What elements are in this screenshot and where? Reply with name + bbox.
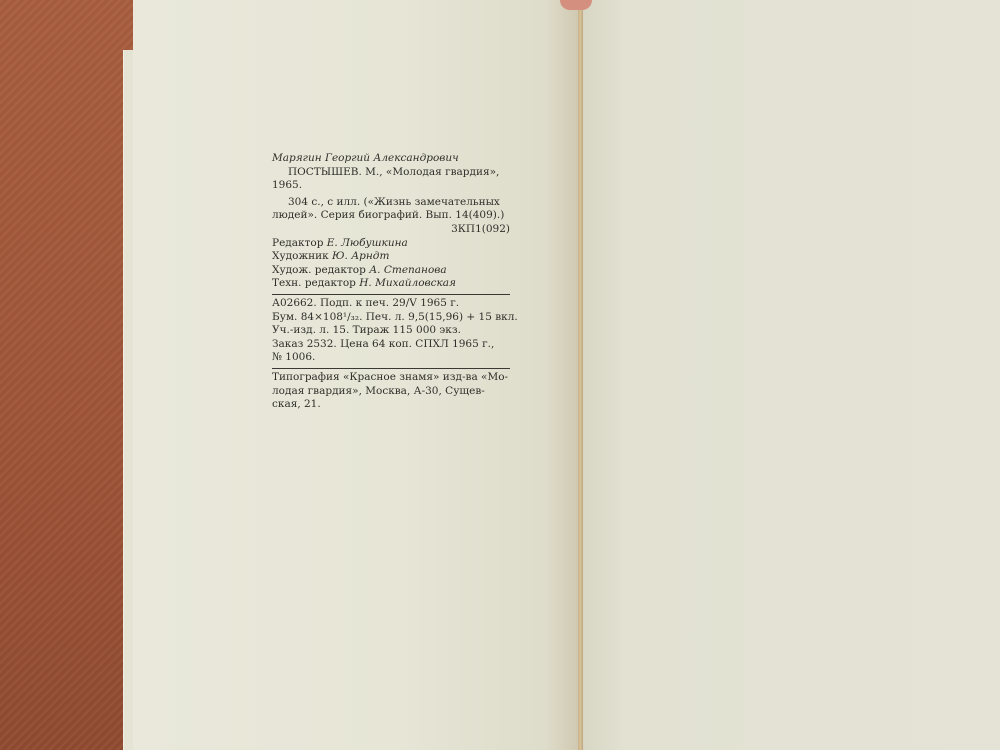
credit-role: Техн. редактор <box>272 277 356 289</box>
credit-name: Ю. Арндт <box>332 250 389 262</box>
printer-line1: Типография «Красное знамя» изд-ва «Мо- <box>272 371 510 385</box>
credit-artist: Художник Ю. Арндт <box>272 250 510 264</box>
printer-line3: ская, 21. <box>272 398 510 412</box>
print-data-line2: Бум. 84×108¹/₃₂. Печ. л. 9,5(15,96) + 15… <box>272 311 510 325</box>
bibliographic-entry-line1: ПОСТЫШЕВ. М., «Молодая гвардия», <box>272 166 510 180</box>
divider-rule <box>272 368 510 369</box>
divider-rule <box>272 294 510 295</box>
credit-name: Н. Михайловская <box>359 277 456 289</box>
credit-role: Редактор <box>272 237 323 249</box>
description-line2: людей». Серия биографий. Вып. 14(409).) <box>272 209 510 223</box>
description-line1: 304 с., с илл. («Жизнь замечательных <box>272 196 510 210</box>
right-page-blank <box>583 0 1000 750</box>
author-full-name: Марягин Георгий Александрович <box>272 152 510 166</box>
print-data-line3: Уч.-изд. л. 15. Тираж 115 000 экз. <box>272 324 510 338</box>
print-data-line5: № 1006. <box>272 351 510 365</box>
colophon-imprint: Марягин Георгий Александрович ПОСТЫШЕВ. … <box>272 152 510 412</box>
print-data-line4: Заказ 2532. Цена 64 коп. СПХЛ 1965 г., <box>272 338 510 352</box>
credit-role: Художник <box>272 250 329 262</box>
printer-line2: лодая гвардия», Москва, А-30, Сущев- <box>272 385 510 399</box>
print-data-line1: А02662. Подп. к печ. 29/V 1965 г. <box>272 297 510 311</box>
credit-name: А. Степанова <box>369 264 446 276</box>
credit-editor: Редактор Е. Любушкина <box>272 237 510 251</box>
credit-tech-editor: Техн. редактор Н. Михайловская <box>272 277 510 291</box>
credit-art-editor: Худож. редактор А. Степанова <box>272 264 510 278</box>
classification-code: 3КП1(092) <box>272 223 510 237</box>
credit-name: Е. Любушкина <box>327 237 408 249</box>
bookmark-ribbon <box>560 0 592 10</box>
bibliographic-entry-line2: 1965. <box>272 179 510 193</box>
credit-role: Худож. редактор <box>272 264 366 276</box>
